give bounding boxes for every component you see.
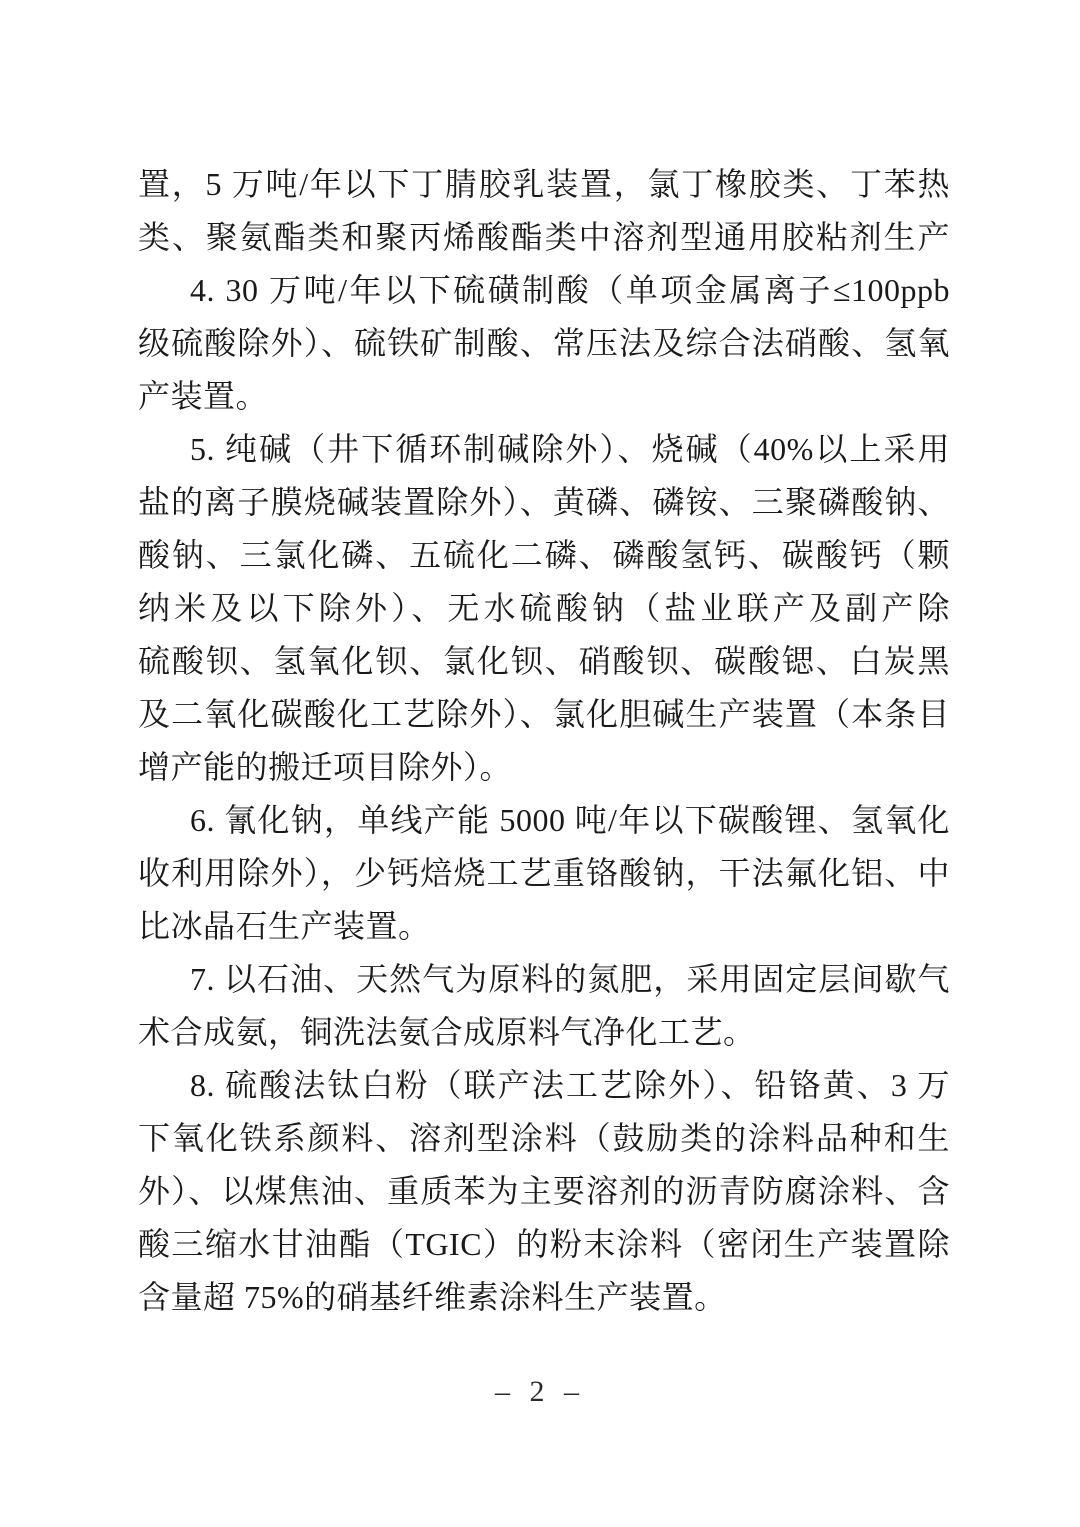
text-line: 及二氧化碳酸化工艺除外）、氯化胆碱生产装置（本条目中不新 [138, 688, 950, 741]
text-line: 4. 30 万吨/年以下硫磺制酸（单项金属离子≤100ppb 的电子 [138, 264, 950, 317]
text-line: 含量超 75%的硝基纤维素涂料生产装置。 [138, 1271, 950, 1324]
text-line: 硫酸钡、氢氧化钡、氯化钡、硝酸钡、碳酸锶、白炭黑（气相法 [138, 635, 950, 688]
text-line: 外）、以煤焦油、重质苯为主要溶剂的沥青防腐涂料、含异氰脲 [138, 1165, 950, 1218]
text-line: 酸钠、三氯化磷、五硫化二磷、磷酸氢钙、碳酸钙（颗粒度 100 [138, 529, 950, 582]
text-line: 下氧化铁系颜料、溶剂型涂料（鼓励类的涂料品种和生产工艺除 [138, 1112, 950, 1165]
text-line: 置，5 万吨/年以下丁腈胶乳装置，氯丁橡胶类、丁苯热塑性橡胶 [138, 158, 950, 211]
text-line: 术合成氨，铜洗法氨合成原料气净化工艺。 [138, 1006, 950, 1059]
text-line: 增产能的搬迁项目除外）。 [138, 741, 950, 794]
paragraph-item-8: 8. 硫酸法钛白粉（联产法工艺除外）、铅铬黄、3 万吨/年以 下氧化铁系颜料、溶… [138, 1059, 950, 1324]
page-number: – 2 – [495, 1375, 585, 1409]
text-line: 酸三缩水甘油酯（TGIC）的粉末涂料（密闭生产装置除外）、VOCs [138, 1218, 950, 1271]
text-line: 类、聚氨酯类和聚丙烯酸酯类中溶剂型通用胶粘剂生产装置。 [138, 211, 950, 264]
text-line: 比冰晶石生产装置。 [138, 900, 950, 953]
paragraph: 置，5 万吨/年以下丁腈胶乳装置，氯丁橡胶类、丁苯热塑性橡胶 类、聚氨酯类和聚丙… [138, 158, 950, 264]
text-line: 6. 氰化钠，单线产能 5000 吨/年以下碳酸锂、氢氧化锂（回 [138, 794, 950, 847]
paragraph-item-7: 7. 以石油、天然气为原料的氮肥，采用固定层间歇气化技 术合成氨，铜洗法氨合成原… [138, 953, 950, 1059]
text-line: 盐的离子膜烧碱装置除外）、黄磷、磷铵、三聚磷酸钠、六偏磷 [138, 476, 950, 529]
paragraph-item-6: 6. 氰化钠，单线产能 5000 吨/年以下碳酸锂、氢氧化锂（回 收利用除外），… [138, 794, 950, 953]
text-line: 产装置。 [138, 370, 950, 423]
text-line: 7. 以石油、天然气为原料的氮肥，采用固定层间歇气化技 [138, 953, 950, 1006]
text-line: 级硫酸除外）、硫铁矿制酸、常压法及综合法硝酸、氢氧化钾生 [138, 317, 950, 370]
text-line: 纳米及以下除外）、无水硫酸钠（盐业联产及副产除外）、碳酸钡、 [138, 582, 950, 635]
text-line: 8. 硫酸法钛白粉（联产法工艺除外）、铅铬黄、3 万吨/年以 [138, 1059, 950, 1112]
document-body: 置，5 万吨/年以下丁腈胶乳装置，氯丁橡胶类、丁苯热塑性橡胶 类、聚氨酯类和聚丙… [138, 158, 950, 1324]
text-line: 5. 纯碱（井下循环制碱除外）、烧碱（40%以上采用工业废 [138, 423, 950, 476]
paragraph-item-5: 5. 纯碱（井下循环制碱除外）、烧碱（40%以上采用工业废 盐的离子膜烧碱装置除… [138, 423, 950, 794]
document-page: 置，5 万吨/年以下丁腈胶乳装置，氯丁橡胶类、丁苯热塑性橡胶 类、聚氨酯类和聚丙… [0, 0, 1080, 1527]
text-line: 收利用除外），少钙焙烧工艺重铬酸钠，干法氟化铝、中低分子 [138, 847, 950, 900]
paragraph-item-4: 4. 30 万吨/年以下硫磺制酸（单项金属离子≤100ppb 的电子 级硫酸除外… [138, 264, 950, 423]
page-footer: – 2 – [0, 1375, 1080, 1409]
